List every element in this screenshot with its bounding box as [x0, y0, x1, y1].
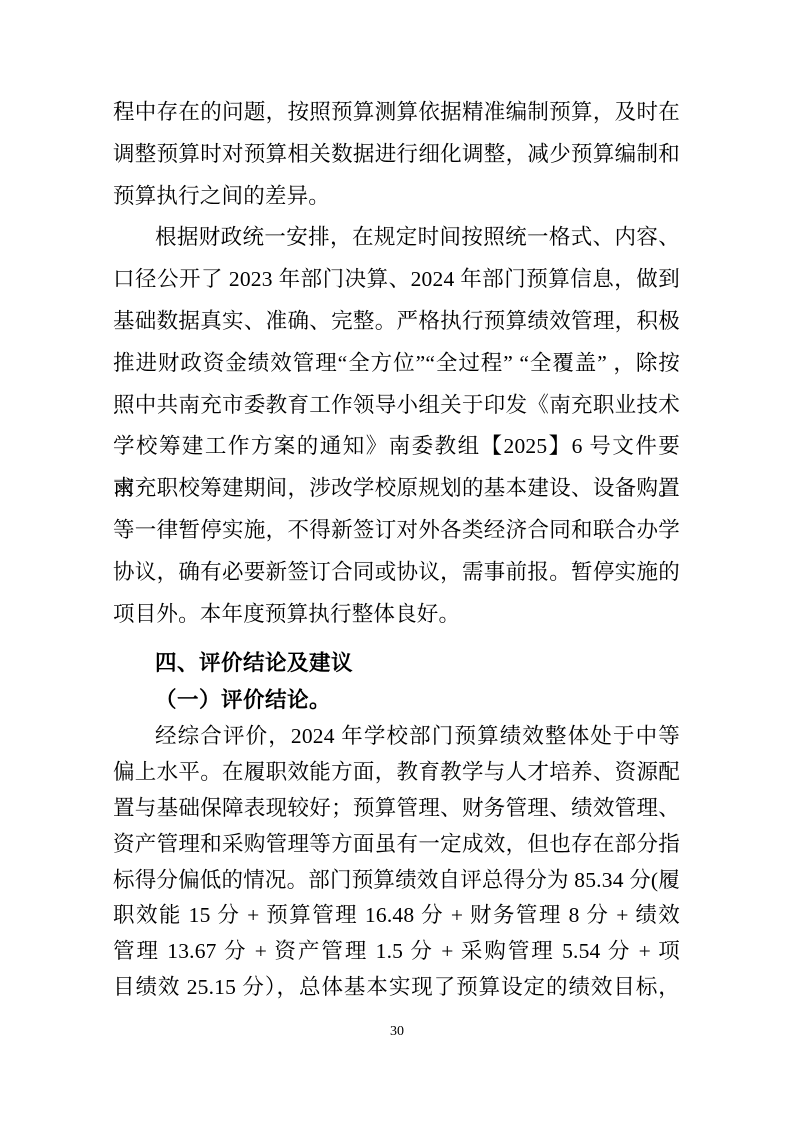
- subsection-heading-evaluation-conclusion: （一）评价结论。: [113, 682, 680, 719]
- paragraph-evaluation-result: 经综合评价，2024 年学校部门预算绩效整体处于中等 偏上水平。在履职效能方面，…: [113, 719, 680, 1005]
- body-text-line: 南充职校筹建期间，涉改学校原规划的基本建设、设备购置: [113, 468, 680, 510]
- body-text-line: 职效能 15 分 + 预算管理 16.48 分 + 财务管理 8 分 + 绩效: [113, 898, 680, 934]
- body-text-line: 调整预算时对预算相关数据进行细化调整，减少预算编制和: [113, 134, 680, 176]
- body-text-line: 协议，确有必要新签订合同或协议，需事前报。暂停实施的: [113, 552, 680, 594]
- body-text-line: 口径公开了 2023 年部门决算、2024 年部门预算信息，做到: [113, 259, 680, 301]
- body-text-line: 程中存在的问题，按照预算测算依据精准编制预算，及时在: [113, 92, 680, 134]
- document-page: 程中存在的问题，按照预算测算依据精准编制预算，及时在 调整预算时对预算相关数据进…: [0, 0, 794, 1123]
- paragraph-fiscal-disclosure: 根据财政统一安排，在规定时间按照统一格式、内容、 口径公开了 2023 年部门决…: [113, 217, 680, 635]
- body-text-line: 项目外。本年度预算执行整体良好。: [113, 594, 680, 636]
- body-text-line: 根据财政统一安排，在规定时间按照统一格式、内容、: [113, 217, 680, 259]
- body-text-line: 预算执行之间的差异。: [113, 176, 680, 218]
- body-text-line: 学校筹建工作方案的通知》南委教组【2025】6 号文件要求。: [113, 426, 680, 468]
- body-text-line: 偏上水平。在履职效能方面，教育教学与人才培养、资源配: [113, 755, 680, 791]
- body-text-line: 推进财政资金绩效管理“全方位”“全过程” “全覆盖” ，除按: [113, 343, 680, 385]
- body-text-line: 基础数据真实、准确、完整。严格执行预算绩效管理，积极: [113, 301, 680, 343]
- body-text-line: 等一律暂停实施，不得新签订对外各类经济合同和联合办学: [113, 510, 680, 552]
- body-text-line: 经综合评价，2024 年学校部门预算绩效整体处于中等: [113, 719, 680, 755]
- page-content: 程中存在的问题，按照预算测算依据精准编制预算，及时在 调整预算时对预算相关数据进…: [113, 92, 680, 1006]
- body-text-line: 置与基础保障表现较好；预算管理、财务管理、绩效管理、: [113, 791, 680, 827]
- section-heading-conclusion-suggestions: 四、评价结论及建议: [113, 645, 680, 682]
- body-text-line: 管理 13.67 分 + 资产管理 1.5 分 + 采购管理 5.54 分 + …: [113, 934, 680, 970]
- body-text-line: 资产管理和采购管理等方面虽有一定成效，但也存在部分指: [113, 827, 680, 863]
- body-text-line: 照中共南充市委教育工作领导小组关于印发《南充职业技术: [113, 385, 680, 427]
- body-text-line: 标得分偏低的情况。部门预算绩效自评总得分为 85.34 分(履: [113, 863, 680, 899]
- paragraph-budget-adjustment: 程中存在的问题，按照预算测算依据精准编制预算，及时在 调整预算时对预算相关数据进…: [113, 92, 680, 217]
- body-text-line: 目绩效 25.15 分），总体基本实现了预算设定的绩效目标，: [113, 970, 680, 1006]
- page-number: 30: [0, 1022, 794, 1042]
